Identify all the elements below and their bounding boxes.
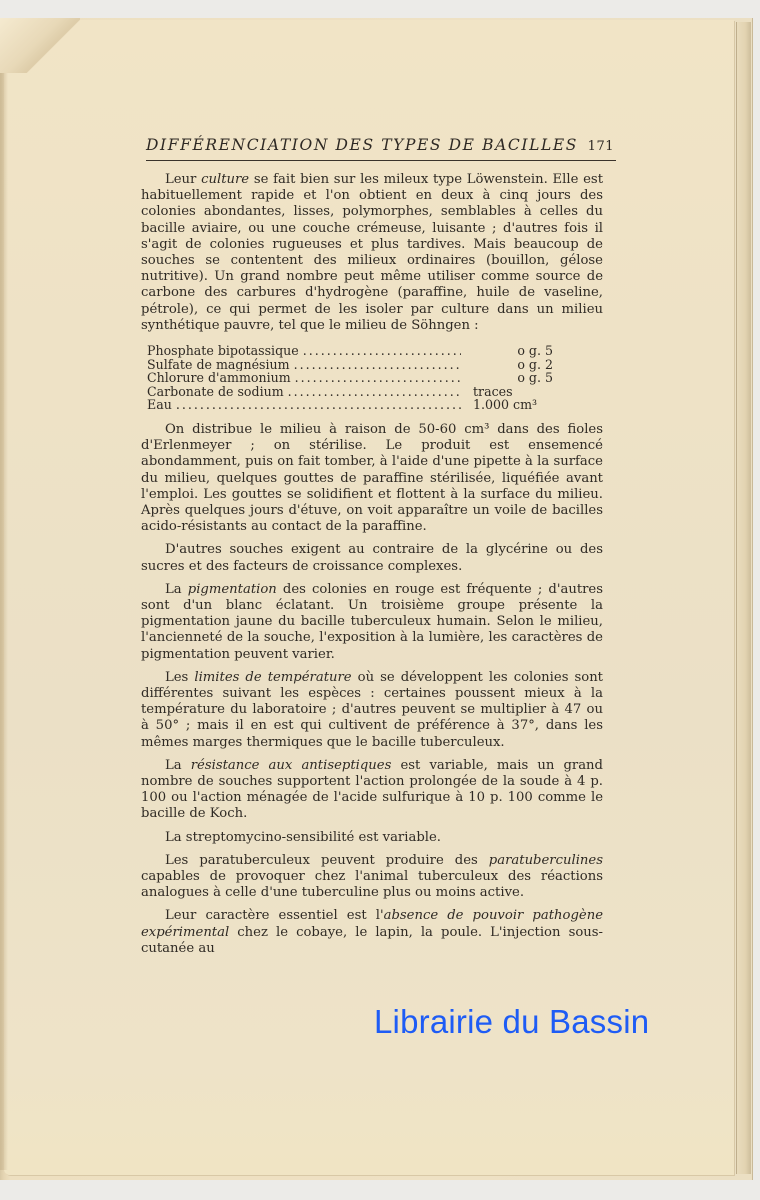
ingredient-name: Carbonate de sodium ....................… bbox=[147, 385, 461, 399]
text-run: La streptomycino-sensibilité est variabl… bbox=[165, 830, 441, 845]
paragraph: D'autres souches exigent au contraire de… bbox=[141, 542, 603, 574]
text-run: Les paratuberculeux peuvent produire des bbox=[165, 853, 489, 868]
body-text: Leur culture se fait bien sur les mileux… bbox=[141, 172, 603, 964]
leader-dots: ........................................… bbox=[295, 371, 461, 385]
recipe-row: Phosphate bipotassique .................… bbox=[147, 344, 603, 358]
recipe-row: Sulfate de magnésium ...................… bbox=[147, 358, 603, 372]
italic-term: culture bbox=[201, 172, 249, 187]
running-head: DIFFÉRENCIATION DES TYPES DE BACILLES 17… bbox=[146, 134, 616, 161]
italic-term: paratuberculines bbox=[489, 853, 603, 868]
leader-dots: ........................................… bbox=[288, 385, 461, 399]
italic-term: limites de température bbox=[194, 670, 351, 685]
text-run: La bbox=[165, 582, 188, 597]
paragraph: Leur culture se fait bien sur les mileux… bbox=[141, 172, 603, 334]
torn-corner bbox=[0, 18, 80, 73]
ingredient-quantity: o g. 5 bbox=[461, 344, 553, 358]
ingredient-quantity: 1.000 cm³ bbox=[461, 398, 565, 412]
recipe-table: Phosphate bipotassique .................… bbox=[141, 344, 603, 412]
text-run: se fait bien sur les mileux type Löwenst… bbox=[141, 172, 603, 333]
recipe-row: Eau ....................................… bbox=[147, 398, 603, 412]
ingredient-name: Eau ....................................… bbox=[147, 398, 461, 412]
italic-term: résistance aux antiseptiques bbox=[191, 758, 392, 773]
text-run: On distribue le milieu à raison de 50-60… bbox=[141, 422, 603, 534]
spine-shadow bbox=[0, 60, 8, 1170]
ingredient-name: Phosphate bipotassique .................… bbox=[147, 344, 461, 358]
text-run: capables de provoquer chez l'animal tube… bbox=[141, 869, 603, 900]
page-number: 171 bbox=[588, 139, 614, 154]
ingredient-quantity: o g. 2 bbox=[461, 358, 553, 372]
paragraphs-before: Leur culture se fait bien sur les mileux… bbox=[141, 172, 603, 334]
paragraph: Les paratuberculeux peuvent produire des… bbox=[141, 853, 603, 902]
leader-dots: ........................................… bbox=[176, 398, 461, 412]
paragraph: Les limites de température où se dévelop… bbox=[141, 670, 603, 751]
ingredient-name: Sulfate de magnésium ...................… bbox=[147, 358, 461, 372]
page-edges bbox=[736, 22, 751, 1174]
paragraph: La pigmentation des colonies en rouge es… bbox=[141, 582, 603, 663]
leader-dots: ........................................… bbox=[294, 358, 461, 372]
paragraph: On distribue le milieu à raison de 50-60… bbox=[141, 422, 603, 535]
paragraph: Leur caractère essentiel est l'absence d… bbox=[141, 908, 603, 957]
text-run: Leur caractère essentiel est l' bbox=[165, 908, 384, 923]
text-run: Leur bbox=[165, 172, 201, 187]
ingredient-quantity: traces bbox=[461, 385, 565, 399]
text-run: D'autres souches exigent au contraire de… bbox=[141, 542, 603, 573]
recipe-row: Carbonate de sodium ....................… bbox=[147, 385, 603, 399]
running-title: DIFFÉRENCIATION DES TYPES DE BACILLES bbox=[146, 136, 578, 154]
ingredient-quantity: o g. 5 bbox=[461, 371, 553, 385]
recipe-row: Chlorure d'ammonium ....................… bbox=[147, 371, 603, 385]
text-run: La bbox=[165, 758, 191, 773]
ingredient-name: Chlorure d'ammonium ....................… bbox=[147, 371, 461, 385]
text-run: Les bbox=[165, 670, 194, 685]
italic-term: pigmentation bbox=[188, 582, 277, 597]
paragraph: La résistance aux antiseptiques est vari… bbox=[141, 758, 603, 823]
watermark: Librairie du Bassin bbox=[374, 1003, 649, 1041]
leader-dots: ........................................… bbox=[303, 344, 461, 358]
paragraphs-after: On distribue le milieu à raison de 50-60… bbox=[141, 422, 603, 957]
paragraph: La streptomycino-sensibilité est variabl… bbox=[141, 830, 603, 846]
